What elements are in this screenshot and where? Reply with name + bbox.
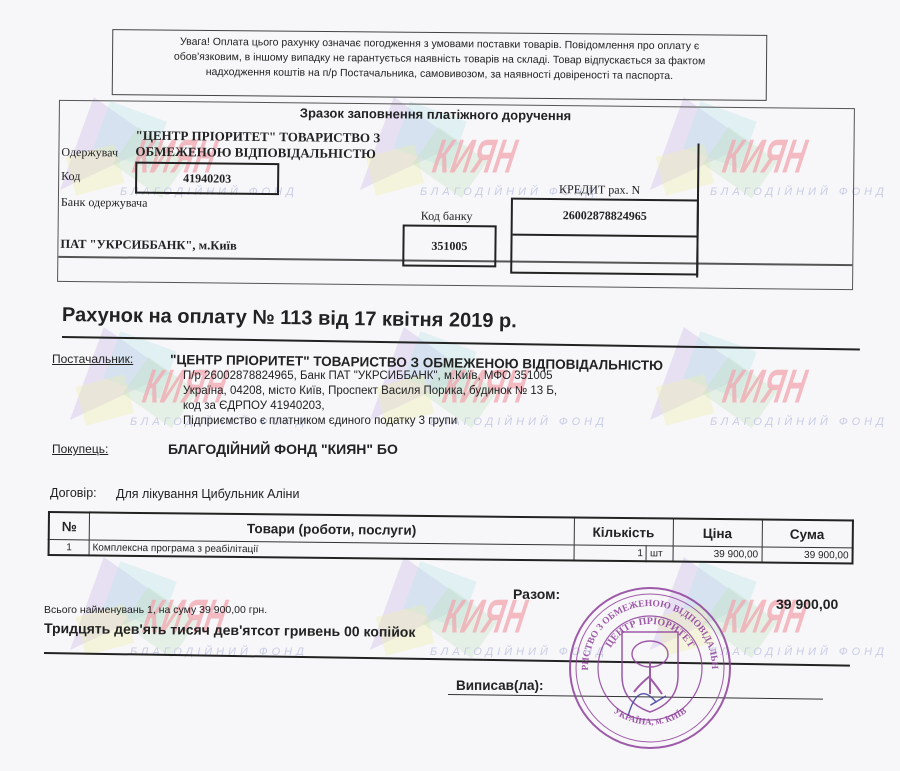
supplier-label: Постачальник: xyxy=(52,352,133,366)
col-header-sum: Сума xyxy=(762,519,853,547)
svg-text:УКРАЇНА, м. КИЇВ: УКРАЇНА, м. КИЇВ xyxy=(612,705,688,726)
payment-sample-title: Зразок заповнення платіжного доручення xyxy=(300,105,571,123)
credit-account-value: 26002878824965 xyxy=(513,208,697,225)
bank-code-field: 351005 xyxy=(402,224,496,267)
payment-order-sample: Зразок заповнення платіжного доручення "… xyxy=(57,100,855,290)
summary-line: Всього найменувань 1, на суму 39 900,00 … xyxy=(44,604,267,616)
code-label: Код xyxy=(61,169,80,184)
col-header-price: Ціна xyxy=(673,519,762,547)
company-stamp: ТОВАРИСТВО З ОБМЕЖЕНОЮ ВІДПОВІДАЛЬНІСТЮ … xyxy=(566,584,734,757)
title-divider xyxy=(62,336,860,351)
recipient-name-line2: ОБМЕЖЕНОЮ ВІДПОВІДАЛЬНІСТЮ xyxy=(135,144,376,163)
supplier-detail: П/р 26002878824965, Банк ПАТ "УКРСИББАНК… xyxy=(183,370,553,382)
supplier-detail: Україна, 04208, місто Київ, Проспект Вас… xyxy=(183,385,557,397)
credit-account-field: 26002878824965 xyxy=(510,198,699,276)
contract-value: Для лікування Цибульник Аліни xyxy=(116,487,299,501)
stamp-center-text: ЦЕНТР ПРІОРИТЕТ xyxy=(604,616,697,650)
contract-label: Договір: xyxy=(50,486,97,500)
col-header-qty: Кількість xyxy=(574,518,673,547)
goods-table: № Товари (роботи, послуги) Кількість Цін… xyxy=(48,511,854,564)
buyer-label: Покупець: xyxy=(52,442,108,456)
supplier-detail: код за ЄДРПОУ 41940203, xyxy=(183,400,325,412)
total-label: Разом: xyxy=(513,586,560,602)
recipient-label: Одержувач xyxy=(61,145,118,161)
code-value: 41940203 xyxy=(137,171,277,187)
bank-name: ПАТ "УКРСИББАНК", м.Київ xyxy=(60,237,236,254)
payment-notice: Увага! Оплата цього рахунку означає пого… xyxy=(112,29,768,101)
stamp-city-text: УКРАЇНА, м. КИЇВ xyxy=(612,705,688,726)
bank-code-label: Код банку xyxy=(421,209,473,225)
bank-code-value: 351005 xyxy=(404,238,494,254)
row-unit: шт xyxy=(646,546,672,562)
col-header-num: № xyxy=(49,512,90,540)
total-value: 39 900,00 xyxy=(776,596,838,612)
credit-label: КРЕДИТ рах. N xyxy=(559,182,640,198)
code-field: 41940203 xyxy=(135,162,279,196)
invoice-title: Рахунок на оплату № 113 від 17 квітня 20… xyxy=(62,304,517,333)
row-qty: 1 xyxy=(574,545,647,561)
row-sum: 39 900,00 xyxy=(762,547,853,563)
amount-in-words: Тридцять дев'ять тисяч дев'ятсот гривень… xyxy=(44,620,416,640)
buyer-name: БЛАГОДІЙНИЙ ФОНД "КИЯН" БО xyxy=(168,441,398,457)
row-price: 39 900,00 xyxy=(673,546,762,562)
row-num: 1 xyxy=(49,540,90,556)
issued-by-label: Виписав(ла): xyxy=(456,678,544,693)
svg-text:ЦЕНТР ПРІОРИТЕТ: ЦЕНТР ПРІОРИТЕТ xyxy=(604,616,697,650)
supplier-detail: Підприємство є платником єдиного податку… xyxy=(183,415,457,427)
bank-label: Банк одержувача xyxy=(61,195,148,211)
